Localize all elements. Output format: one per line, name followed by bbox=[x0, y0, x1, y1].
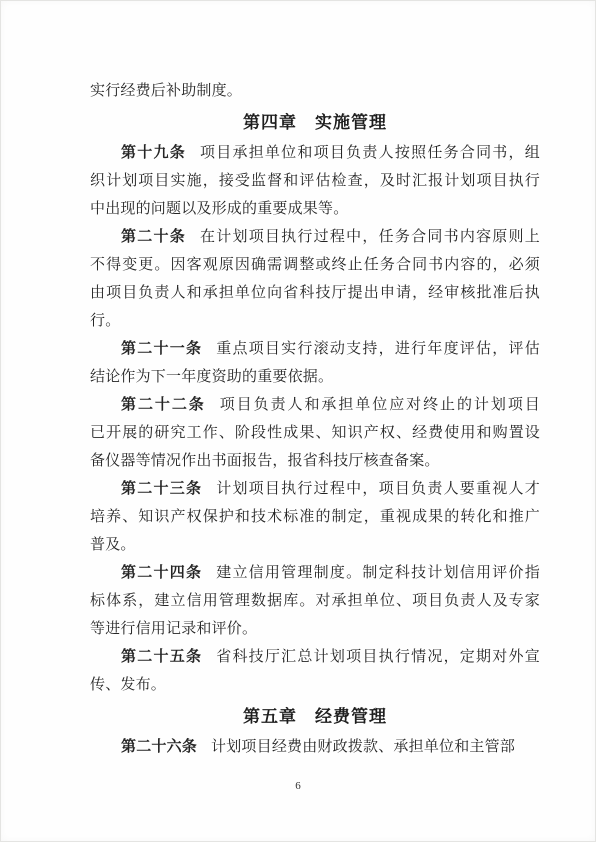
article-opening-line: 第二十四条建立信用管理制度。制定科技计划信用评价指 bbox=[90, 559, 540, 587]
article-text: 项目承担单位和项目负责人按照任务合同书，组 bbox=[200, 145, 540, 161]
page-content: 实行经费后补助制度。第四章 实施管理第十九条项目承担单位和项目负责人按照任务合同… bbox=[90, 77, 540, 761]
article-number: 第十九条 bbox=[121, 145, 186, 161]
article-text: 重点项目实行滚动支持，进行年度评估，评估 bbox=[216, 341, 540, 357]
body-line: 中出现的问题以及形成的重要成果等。 bbox=[90, 195, 540, 223]
body-line: 由项目负责人和承担单位向省科技厅提出申请，经审核批准后执 bbox=[90, 279, 540, 307]
article-opening-line: 第二十二条项目负责人和承担单位应对终止的计划项目 bbox=[90, 391, 540, 419]
article-text: 计划项目经费由财政拨款、承担单位和主管部 bbox=[211, 739, 515, 755]
article-opening-line: 第二十五条省科技厅汇总计划项目执行情况，定期对外宣 bbox=[90, 643, 540, 671]
article-number: 第二十六条 bbox=[121, 739, 197, 755]
article-text: 省科技厅汇总计划项目执行情况，定期对外宣 bbox=[216, 649, 540, 665]
chapter-heading: 第四章 实施管理 bbox=[90, 109, 540, 137]
article-number: 第二十一条 bbox=[121, 341, 202, 357]
body-line: 普及。 bbox=[90, 531, 540, 559]
body-line: 传、发布。 bbox=[90, 671, 540, 699]
article-text: 项目负责人和承担单位应对终止的计划项目 bbox=[220, 397, 540, 413]
body-line: 结论作为下一年度资助的重要依据。 bbox=[90, 363, 540, 391]
article-opening-line: 第二十一条重点项目实行滚动支持，进行年度评估，评估 bbox=[90, 335, 540, 363]
body-line: 已开展的研究工作、阶段性成果、知识产权、经费使用和购置设 bbox=[90, 419, 540, 447]
body-line: 备仪器等情况作出书面报告，报省科技厅核查备案。 bbox=[90, 447, 540, 475]
body-line: 标体系，建立信用管理数据库。对承担单位、项目负责人及专家 bbox=[90, 587, 540, 615]
article-number: 第二十五条 bbox=[121, 649, 202, 665]
body-line: 不得变更。因客观原因确需调整或终止任务合同书内容的，必须 bbox=[90, 251, 540, 279]
body-line: 行。 bbox=[90, 307, 540, 335]
chapter-heading: 第五章 经费管理 bbox=[90, 703, 540, 731]
article-opening-line: 第二十六条计划项目经费由财政拨款、承担单位和主管部 bbox=[90, 733, 540, 761]
article-number: 第二十三条 bbox=[121, 481, 202, 497]
article-number: 第二十条 bbox=[121, 229, 186, 245]
article-opening-line: 第二十条在计划项目执行过程中，任务合同书内容原则上 bbox=[90, 223, 540, 251]
body-line: 实行经费后补助制度。 bbox=[90, 77, 540, 105]
article-opening-line: 第十九条项目承担单位和项目负责人按照任务合同书，组 bbox=[90, 139, 540, 167]
body-line: 等进行信用记录和评价。 bbox=[90, 615, 540, 643]
article-text: 建立信用管理制度。制定科技计划信用评价指 bbox=[216, 565, 540, 581]
article-text: 在计划项目执行过程中，任务合同书内容原则上 bbox=[200, 229, 540, 245]
page-number: 6 bbox=[1, 778, 595, 794]
document-page: 实行经费后补助制度。第四章 实施管理第十九条项目承担单位和项目负责人按照任务合同… bbox=[0, 0, 596, 842]
body-line: 培养、知识产权保护和技术标准的制定，重视成果的转化和推广 bbox=[90, 503, 540, 531]
article-number: 第二十二条 bbox=[121, 397, 206, 413]
article-opening-line: 第二十三条计划项目执行过程中，项目负责人要重视人才 bbox=[90, 475, 540, 503]
body-line: 织计划项目实施，接受监督和评估检查，及时汇报计划项目执行 bbox=[90, 167, 540, 195]
article-number: 第二十四条 bbox=[121, 565, 202, 581]
article-text: 计划项目执行过程中，项目负责人要重视人才 bbox=[216, 481, 540, 497]
